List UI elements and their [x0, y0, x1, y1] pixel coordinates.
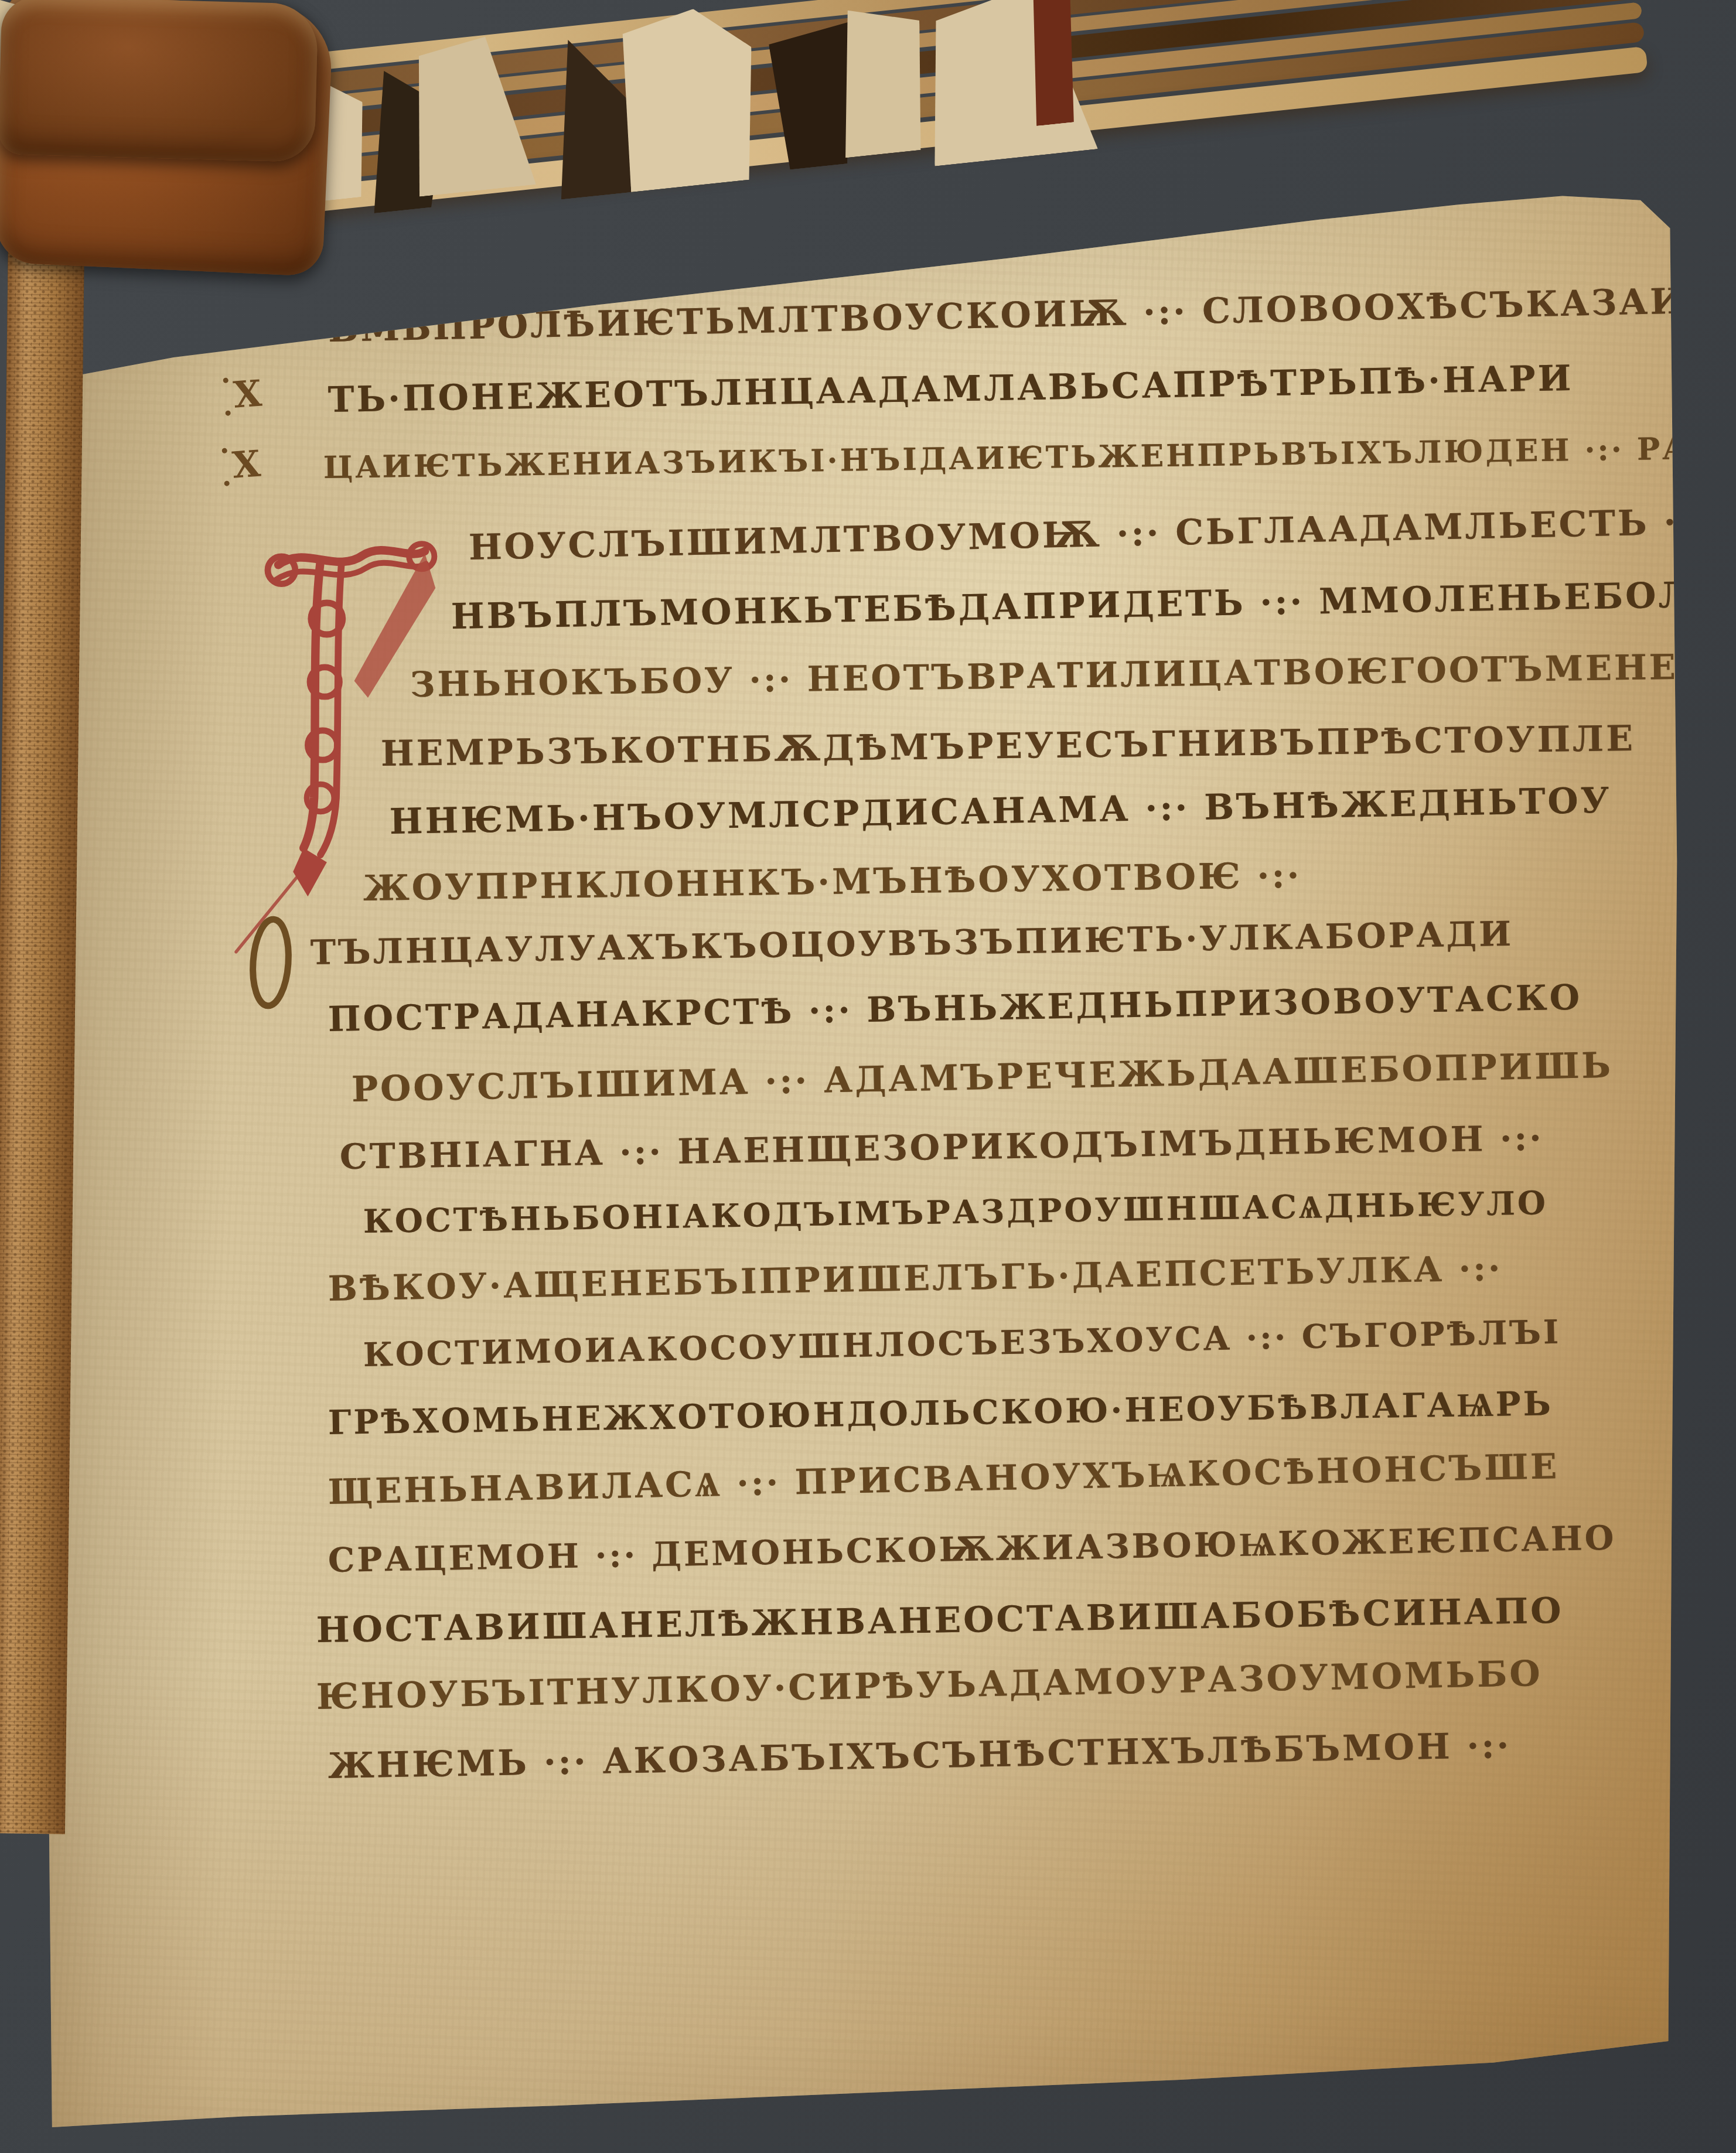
manuscript-line: НВЪПЛЪМОНКЬТЕБѢДАПРИДЕТЬ ·:· ММОЛЕНЬЕБОЛ…	[451, 574, 1725, 637]
torn-parchment-fragment	[404, 33, 536, 196]
manuscript-line: ЦАИѤТЬЖЕНИАЗЪИКЪІ·НЪІДАИѤТЬЖЕНПРЬВЪІХЪЛЮ…	[323, 430, 1736, 486]
photo-canvas: НН Х Х Х	[0, 0, 1736, 2153]
manuscript-line: ГРѢХОМЬНЕЖХОТОЮНДОЛЬСКОЮ·НЕОУБѢВЛАГАѨРЬ	[328, 1384, 1553, 1442]
manuscript-line: КОСТѢНЬБОНІАКОДЪІМЪРАЗДРОУШНШАСѦДНЬѤУЛО	[363, 1183, 1548, 1240]
manuscript-line: ЖОУПРНКЛОННКЪ·МЪНѢОУХОТВОѤ ·:·	[363, 855, 1302, 909]
manuscript-line: ЗНЬНОКЪБОУ ·:· НЕОТЪВРАТИЛИЦАТВОѤГООТЪМЕ…	[410, 646, 1736, 705]
manuscript-line: ТЪЛНЦАУЛУАХЪКЪОЦОУВЪЗЪПИѤТЬ·УЛКАБОРАДИ	[310, 914, 1513, 973]
manuscript-line: ЩЕНЬНАВИЛАСѦ ·:· ПРИСВАНОУХЪѨКОСѢНОНСЪШЕ	[328, 1446, 1560, 1513]
manuscript-line: НОСТАВИШАНЕЛѢЖНВАНЕОСТАВИШАБОБѢСИНАПО	[316, 1591, 1564, 1651]
manuscript-line: ПОСТРАДАНАКРСТѢ ·:· ВЪНЬЖЕДНЬПРИЗОВОУТАС…	[328, 977, 1582, 1039]
manuscript-line: НОУСЛЪІШИМЛТВОУМОѬ ·:· СЬГЛААДАМЛЬЕСТЬ ·…	[468, 501, 1708, 568]
manuscript-line: ВѢКОУ·АЩЕНЕБЪІПРИШЕЛЪГЬ·ДАЕПСЕТЬУЛКА ·:·	[328, 1248, 1503, 1309]
manuscript-line: НЕМРЬЗЪКОТНБѪДѢМЪРЕУЕСЪГНИВЪПРѢСТОУПЛЕ	[381, 718, 1636, 774]
text-layer: БМЬПРОЛѢИѤТЬМЛТВОУСКОИѬ ·:· СЛОВООХѢСЪКА…	[0, 0, 1736, 2153]
parchment-page: НН Х Х Х	[0, 0, 1736, 2153]
leather-cover-fragment-bottom-right	[0, 0, 318, 162]
manuscript-line: СТВНІАГНА ·:· НАЕНЩЕЗОРИКОДЪІМЪДНЬѤМОН ·…	[339, 1118, 1544, 1177]
manuscript-line: БМЬПРОЛѢИѤТЬМЛТВОУСКОИѬ ·:· СЛОВООХѢСЪКА…	[328, 280, 1730, 350]
manuscript-line: КОСТИМОИАКОСОУШНЛОСЪЕЗЪХОУСА ·:· СЪГОРѢЛ…	[363, 1313, 1561, 1374]
manuscript-line: ѤНОУБЪІТНУЛКОУ·СИРѢУЬАДАМОУРАЗОУМОМЬБО	[316, 1653, 1543, 1718]
manuscript-line: СРАЦЕМОН ·:· ДЕМОНЬСКОѬЖИАЗВОЮѨКОЖЕѤПСАН…	[328, 1519, 1616, 1580]
manuscript-line: ЖНѤМЬ ·:· АКОЗАБЪІХЪСЪНѢСТНХЪЛѢБЪМОН ·:·	[328, 1725, 1512, 1787]
manuscript-line: РООУСЛЪІШИМА ·:· АДАМЪРЕЧЕЖЬДААШЕБОПРИШЬ	[351, 1045, 1613, 1110]
manuscript-line: ТЬ·ПОНЕЖЕОТЪЛНЦААДАМЛАВЬСАПРѢТРЬПѢ·НАРИ	[328, 358, 1574, 421]
manuscript-line: ННѤМЬ·НЪОУМЛСРДИСАНАМА ·:· ВЪНѢЖЕДНЬТОУ	[389, 780, 1612, 842]
torn-parchment-fragment	[613, 4, 765, 192]
